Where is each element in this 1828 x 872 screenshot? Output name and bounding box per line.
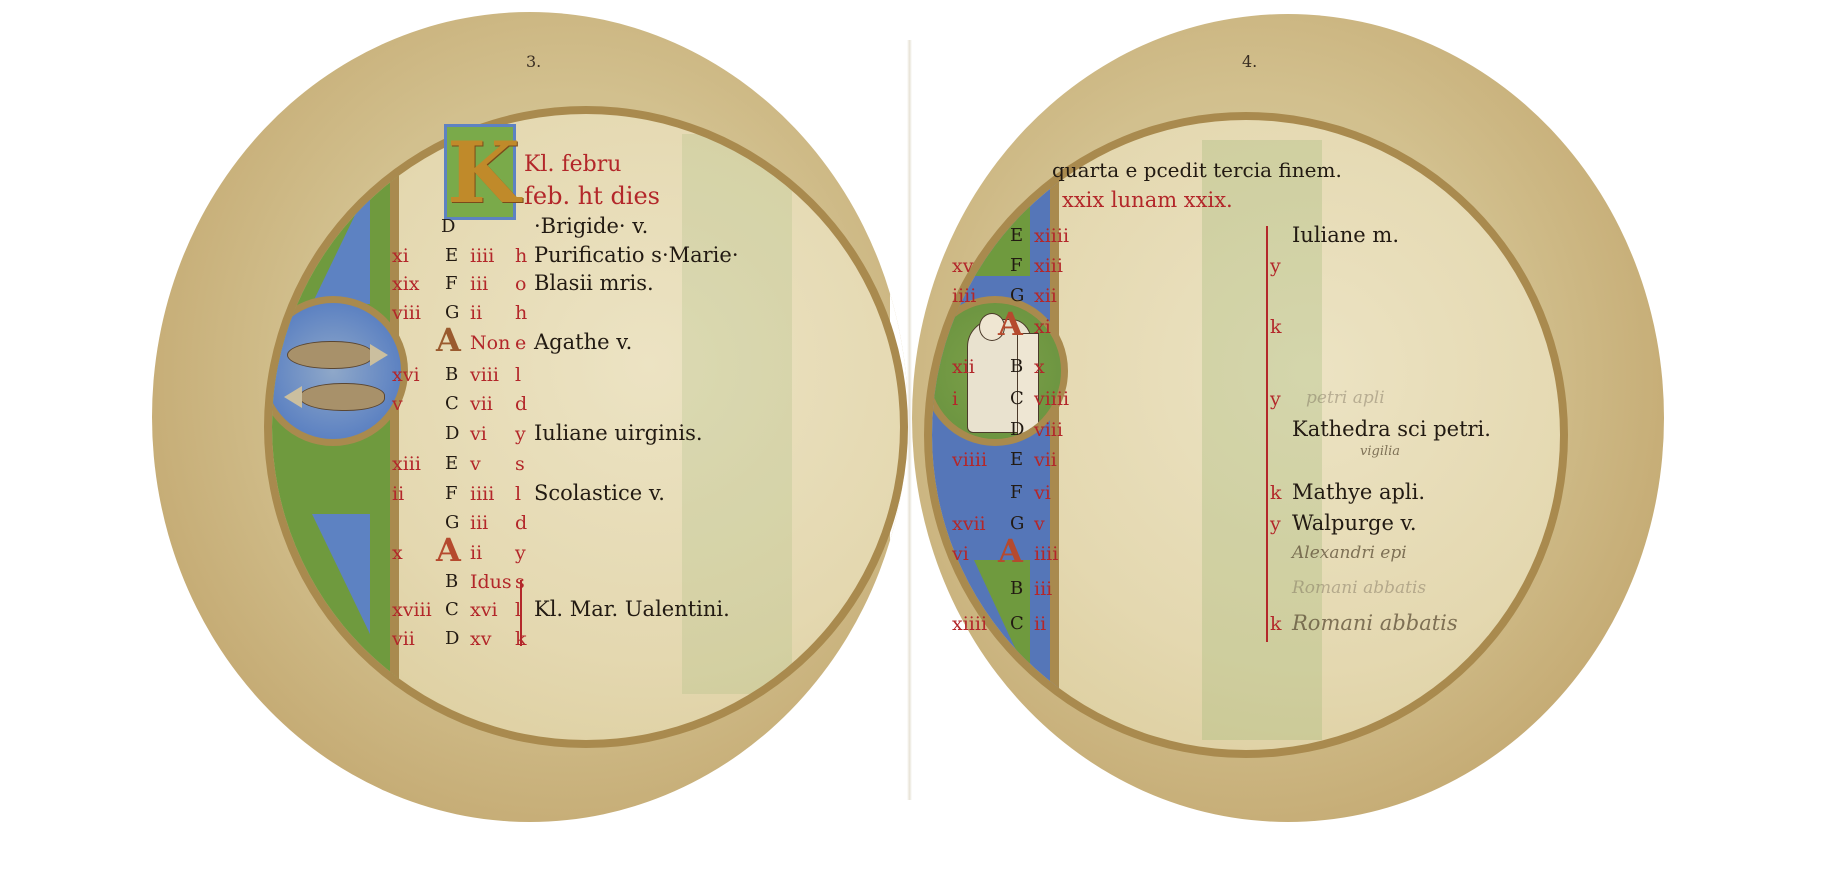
epact-number: viiii	[952, 451, 987, 470]
dominical-letter: G	[445, 514, 459, 532]
nundinal-letter: h	[515, 304, 527, 323]
roman-date: xv	[470, 630, 491, 649]
nundinal-letter: y	[1270, 390, 1281, 409]
dominical-letter: G	[445, 304, 459, 322]
nundinal-letter: o	[515, 275, 526, 294]
page-number-right: 4.	[1242, 52, 1257, 71]
roman-date: ii	[1034, 615, 1046, 634]
nundinal-letter: k	[1270, 318, 1282, 337]
pisces-medallion	[264, 296, 408, 446]
fish-icon	[299, 383, 385, 411]
roman-date: xiii	[1034, 257, 1063, 276]
nundinal-letter: d	[515, 514, 527, 533]
dominical-letter: F	[445, 485, 458, 503]
feast-entry: Kathedra sci petri.	[1292, 419, 1491, 440]
epact-number: i	[952, 390, 958, 409]
dominical-letter: B	[445, 366, 458, 384]
header-line-2: xxix lunam xxix.	[1062, 190, 1233, 211]
epact-number: viii	[392, 304, 421, 323]
roman-date: Idus	[470, 573, 512, 592]
roman-date: iii	[1034, 580, 1052, 599]
feast-entry: ·Brigide· v.	[534, 216, 648, 237]
roman-date: v	[470, 455, 481, 474]
nundinal-letter: k	[1270, 484, 1282, 503]
dominical-letter: D	[445, 425, 459, 443]
epact-number: vii	[392, 630, 415, 649]
roman-date: iiii	[1034, 545, 1058, 564]
dominical-letter: G	[1010, 287, 1024, 305]
blue-panel-icon	[312, 184, 370, 304]
roman-date: xi	[1034, 318, 1051, 337]
dominical-letter: D	[445, 630, 459, 648]
roman-date: xvi	[470, 601, 498, 620]
blue-panel-icon	[312, 514, 370, 634]
nundinal-letter: y	[1270, 257, 1281, 276]
epact-number: vi	[952, 545, 969, 564]
illuminated-bar-left	[272, 114, 399, 740]
epact-number: iiii	[952, 287, 976, 306]
dominical-letter: C	[445, 395, 459, 413]
dominical-letter: C	[445, 601, 459, 619]
epact-number: xvii	[952, 515, 986, 534]
nundinal-letter: l	[515, 601, 521, 620]
header-line-2: feb. ht dies	[524, 184, 660, 208]
dominical-letter: G	[1010, 515, 1024, 533]
dominical-letter: E	[445, 455, 458, 473]
header-line-1: Kl. febru	[524, 154, 621, 176]
epact-number: xi	[392, 247, 409, 266]
nundinal-letter: k	[1270, 615, 1282, 634]
epact-number: xiiii	[952, 615, 987, 634]
feast-entry: Agathe v.	[534, 332, 632, 353]
roman-date: xii	[1034, 287, 1057, 306]
dominical-letter: F	[1010, 484, 1023, 502]
roman-date: Non	[470, 334, 510, 353]
roman-date: iiii	[470, 485, 494, 504]
dominical-letter: E	[1010, 451, 1023, 469]
nundinal-letter: h	[515, 247, 527, 266]
feast-entry: Kl. Mar. Ualentini.	[534, 599, 730, 620]
dominical-letter: B	[1010, 580, 1023, 598]
dominical-letter: E	[445, 247, 458, 265]
roman-date: viii	[1034, 421, 1063, 440]
epact-number: xvi	[392, 366, 420, 385]
nundinal-letter: l	[515, 485, 521, 504]
nundinal-letter: s	[515, 573, 525, 592]
dominical-letter: F	[445, 275, 458, 293]
epact-number: xviii	[392, 601, 432, 620]
header-line-1: quarta e pcedit tercia finem.	[1052, 160, 1342, 180]
roman-date: ii	[470, 544, 482, 563]
roman-date: xiiii	[1034, 227, 1069, 246]
nundinal-letter: d	[515, 395, 527, 414]
marginal-gloss: Romani abbatis	[1292, 580, 1426, 597]
epact-number: xv	[952, 257, 973, 276]
marginal-gloss: Alexandri epi	[1292, 545, 1407, 562]
nundinal-letter: y	[1270, 515, 1281, 534]
roman-date: vi	[1034, 484, 1051, 503]
roman-date: iii	[470, 514, 488, 533]
feast-entry: Iuliane m.	[1292, 225, 1399, 246]
dominical-letter-a: A	[998, 535, 1023, 567]
dominical-letter: C	[1010, 615, 1024, 633]
roman-date: vii	[1034, 451, 1057, 470]
fish-icon	[287, 341, 373, 369]
feast-entry: Blasii mris.	[534, 273, 654, 294]
feast-entry: Walpurge v.	[1292, 513, 1417, 534]
nundinal-letter: e	[515, 334, 526, 353]
roman-date: iii	[470, 275, 488, 294]
roman-date: v	[1034, 515, 1045, 534]
epact-number: xix	[392, 275, 420, 294]
page-number-left: 3.	[526, 52, 541, 71]
dominical-letter: D	[1010, 421, 1024, 439]
feast-entry: Mathye apli.	[1292, 482, 1425, 503]
roman-date: ii	[470, 304, 482, 323]
dominical-letter-a: A	[436, 534, 461, 566]
feast-entry: Purificatio s·Marie·	[534, 245, 739, 266]
dominical-letter: D	[441, 218, 455, 236]
epact-number: ii	[392, 485, 404, 504]
illuminated-initial-k: K	[444, 124, 516, 220]
roman-date: viii	[470, 366, 499, 385]
dominical-letter: B	[1010, 358, 1023, 376]
marginal-gloss: vigilia	[1360, 445, 1400, 458]
marginal-gloss: petri apli	[1306, 390, 1385, 407]
roman-date: x	[1034, 358, 1045, 377]
dominical-letter: E	[1010, 227, 1023, 245]
roman-date: viiii	[1034, 390, 1069, 409]
dominical-letter-a: A	[998, 308, 1023, 340]
roman-date: iiii	[470, 247, 494, 266]
epact-number: xiii	[392, 455, 421, 474]
nundinal-letter: y	[515, 425, 526, 444]
nundinal-letter: s	[515, 455, 525, 474]
nundinal-letter: k	[515, 630, 527, 649]
dominical-letter-a: A	[436, 324, 461, 356]
roman-date: vi	[470, 425, 487, 444]
roman-date: vii	[470, 395, 493, 414]
epact-number: x	[392, 544, 403, 563]
dominical-letter: B	[445, 573, 458, 591]
feast-entry: Romani abbatis	[1292, 613, 1458, 634]
nundinal-letter: y	[515, 544, 526, 563]
epact-number: v	[392, 395, 403, 414]
dominical-letter: F	[1010, 257, 1023, 275]
nundinal-letter: l	[515, 366, 521, 385]
feast-entry: Iuliane uirginis.	[534, 423, 703, 444]
epact-number: xii	[952, 358, 975, 377]
feast-entry: Scolastice v.	[534, 483, 665, 504]
red-vertical-rule	[1266, 226, 1268, 642]
dominical-letter: C	[1010, 390, 1024, 408]
